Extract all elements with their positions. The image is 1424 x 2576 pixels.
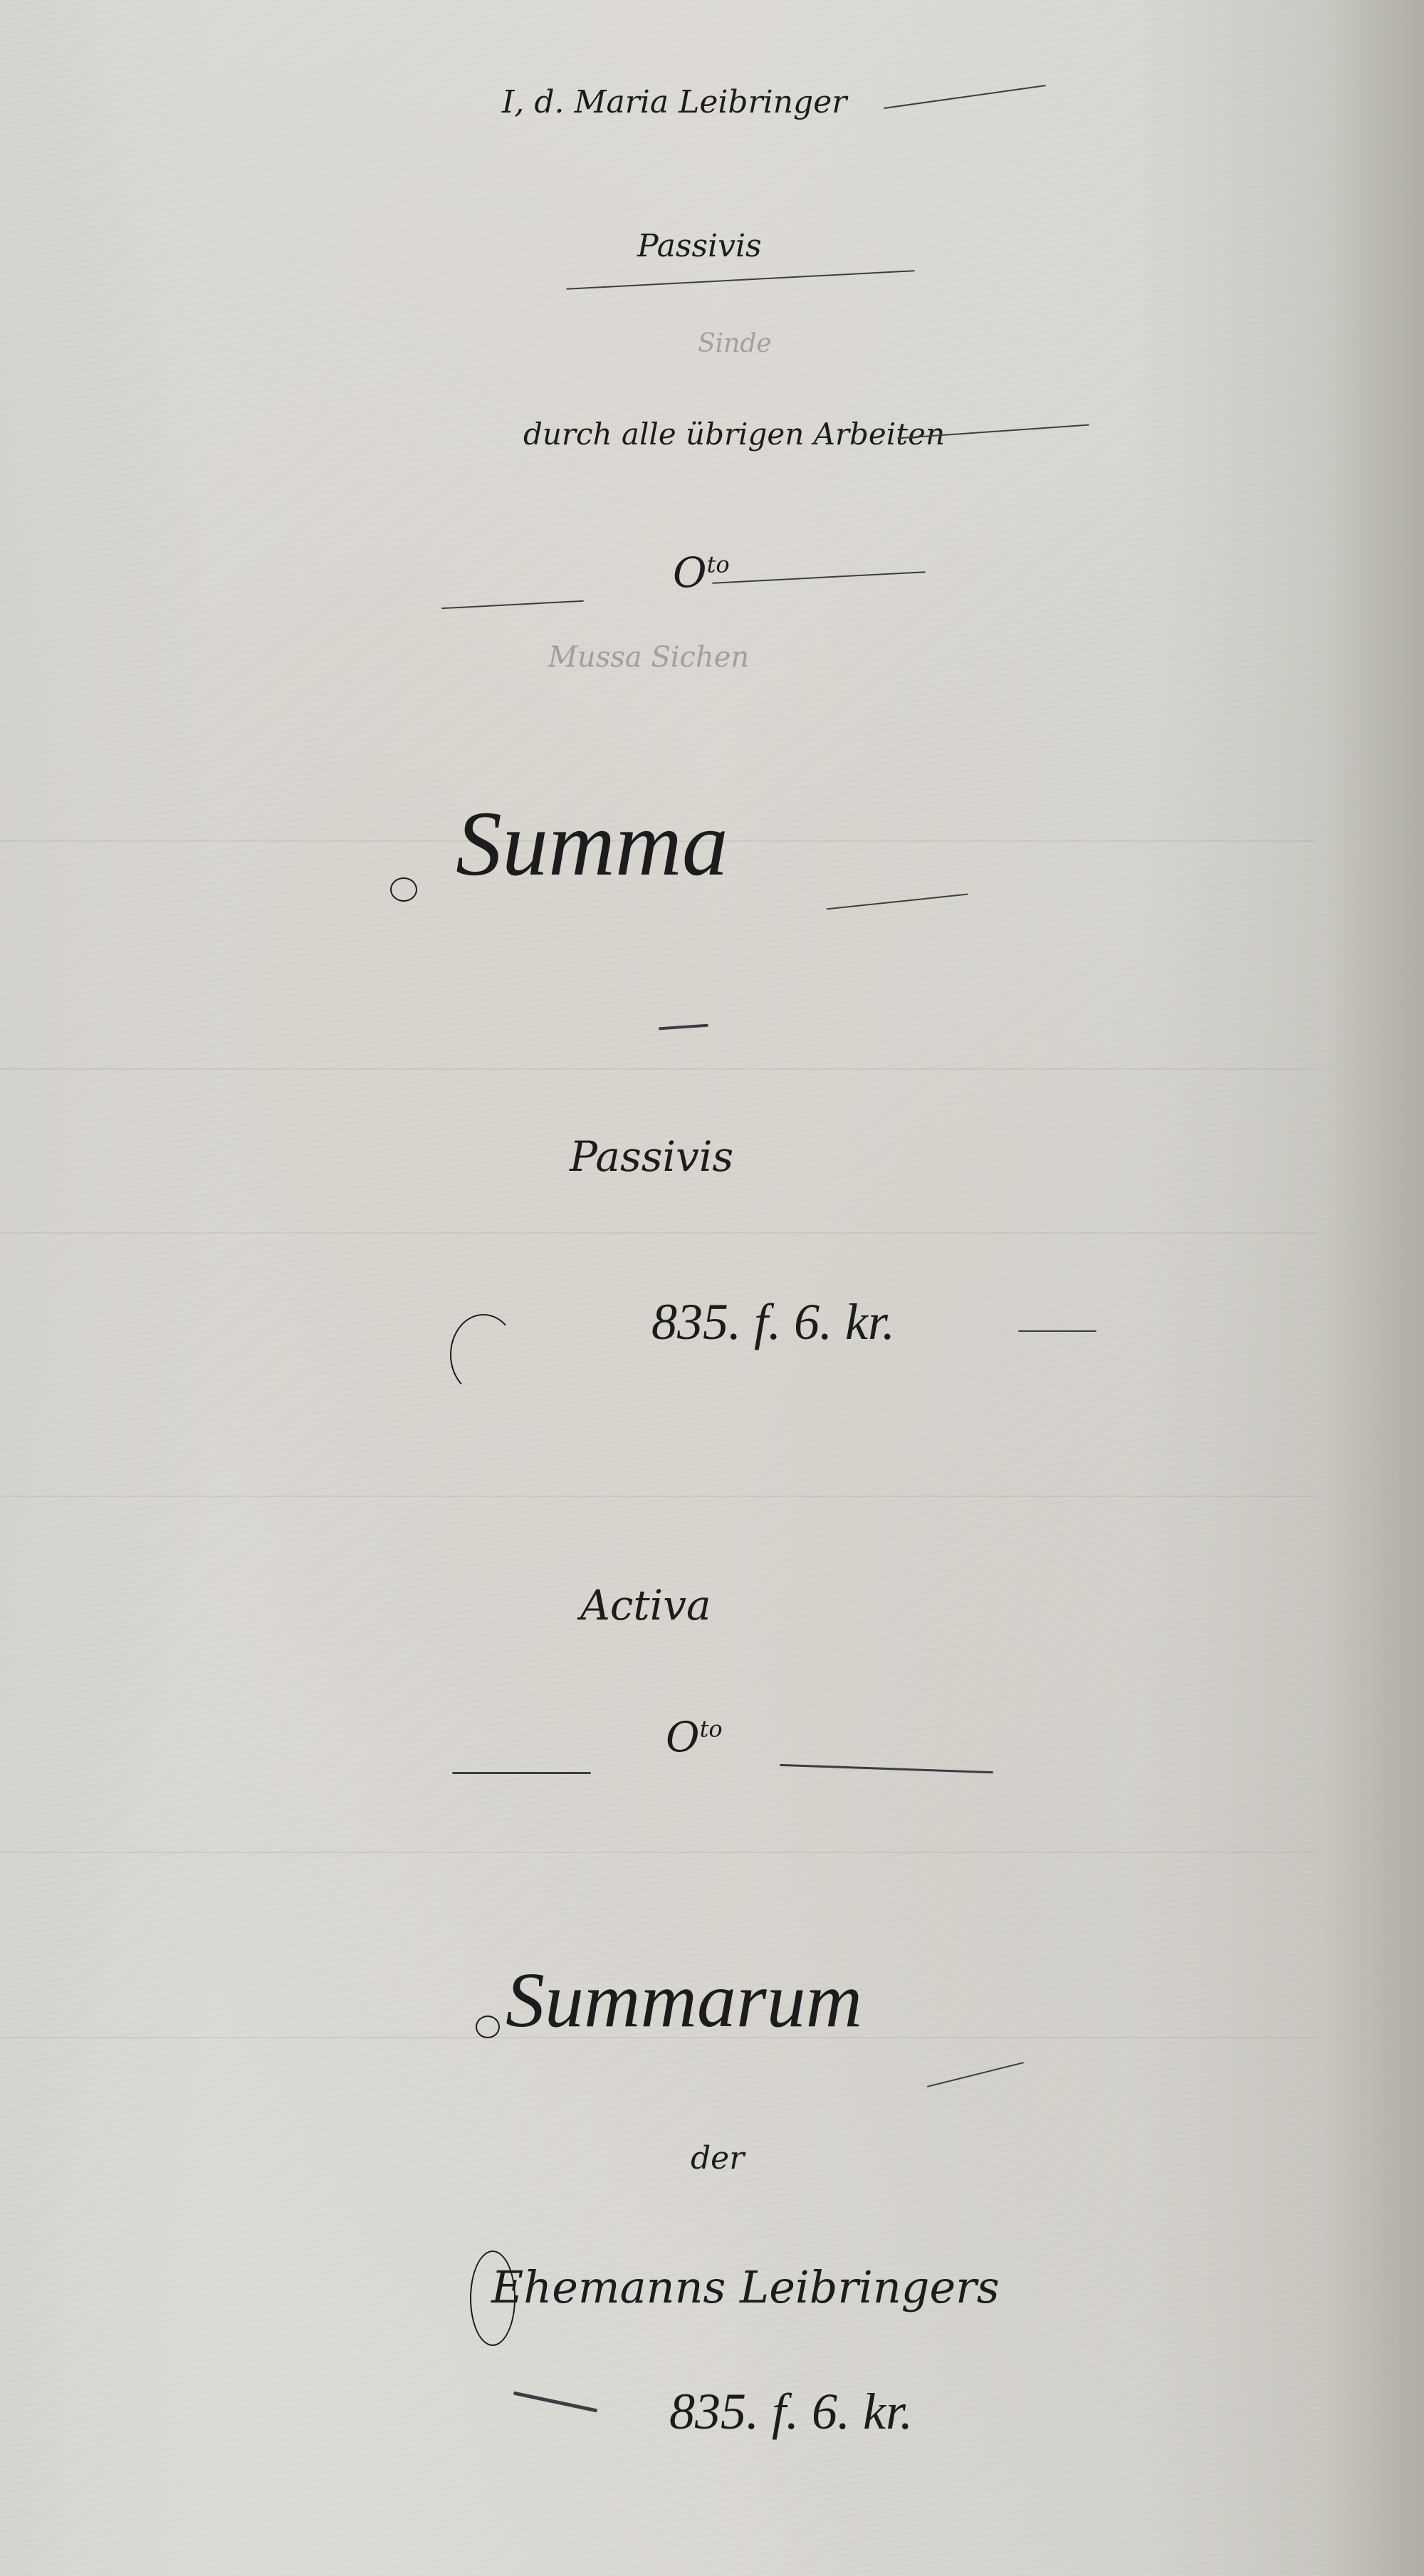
summa-heading: Summa bbox=[456, 791, 728, 897]
summa-flourish-loop bbox=[390, 877, 417, 902]
bleed-through-text: Mussa Sichen bbox=[548, 641, 749, 674]
summarum-tail bbox=[927, 2062, 1024, 2087]
final-amount-flourish bbox=[513, 2392, 597, 2413]
bleed-through-text: Sinde bbox=[698, 329, 772, 358]
passiva-heading: Passivis bbox=[637, 228, 762, 264]
ruled-line bbox=[0, 1852, 1317, 1853]
header-underline bbox=[884, 85, 1046, 109]
nil-dash-right bbox=[712, 571, 926, 584]
debts-line: durch alle übrigen Arbeiten bbox=[523, 417, 945, 452]
summarum-flourish-loop bbox=[476, 2016, 500, 2038]
separator-mark bbox=[659, 1024, 708, 1031]
nil-dash-right bbox=[780, 1764, 993, 1773]
paper-texture bbox=[0, 0, 1424, 2576]
nil-dash-left bbox=[441, 600, 584, 609]
amount-tail bbox=[1018, 1330, 1096, 1332]
activa-heading: Activa bbox=[580, 1581, 711, 1629]
ruled-line bbox=[0, 1496, 1317, 1497]
der-line: der bbox=[691, 2140, 744, 2176]
ruled-line bbox=[0, 1068, 1317, 1070]
summa-tail bbox=[826, 894, 968, 910]
header-name: I, d. Maria Leibringer bbox=[502, 84, 847, 120]
summarum-heading: Summarum bbox=[506, 1955, 862, 2045]
nil-dash-left bbox=[452, 1772, 591, 1774]
nil-mark-2: Oto bbox=[666, 1713, 723, 1761]
passiva-underline bbox=[566, 270, 914, 290]
amount-flourish bbox=[450, 1314, 517, 1395]
nil-mark-1: Oto bbox=[673, 548, 730, 597]
final-amount: 835. f. 6. kr. bbox=[669, 2382, 913, 2441]
passiva-total-amount: 835. f. 6. kr. bbox=[651, 1293, 895, 1352]
owner-name-line: Ehemanns Leibringers bbox=[491, 2261, 1000, 2313]
passiva-total-label: Passivis bbox=[570, 1132, 733, 1181]
ruled-line bbox=[0, 1232, 1317, 1234]
page-edge-shadow bbox=[1324, 0, 1424, 2576]
